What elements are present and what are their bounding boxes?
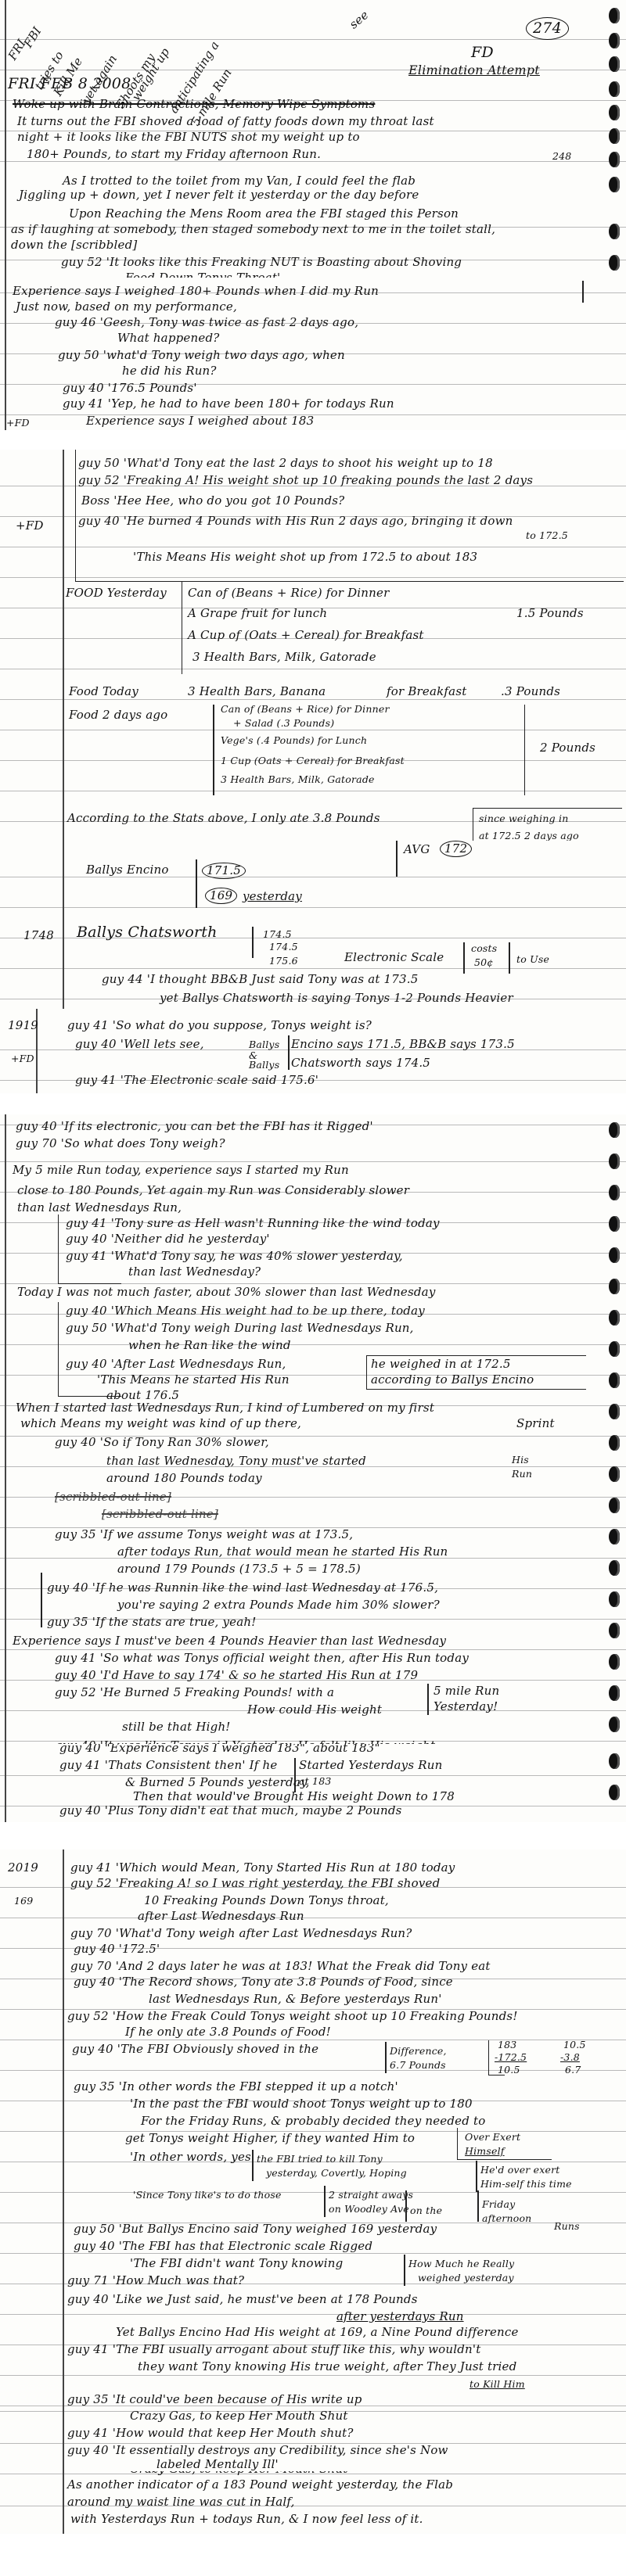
notebook-page-5-tail: guy 40 "Experience says I weighed 183", … — [0, 1744, 626, 1822]
spiral-ring — [609, 152, 620, 167]
dialogue-line: still be that High! — [122, 1720, 231, 1735]
over-exert: Over Exert — [465, 2129, 520, 2144]
dialogue-line: they want Tony knowing His true weight, … — [138, 2359, 516, 2374]
text-line: than last Wednesdays Run, — [17, 1200, 182, 1215]
food-total: 2 Pounds — [540, 741, 595, 755]
dialogue-line: guy 40 'The Record shows, Tony ate 3.8 P… — [74, 1975, 453, 1989]
dialogue-line: guy 40 'Plus Tony didn't eat that much, … — [59, 1803, 402, 1818]
dialogue-line: guy 41 'So what was Tonys official weigh… — [55, 1651, 469, 1666]
divider — [196, 859, 197, 908]
table-left: Ballys — [249, 1057, 279, 1072]
food-item: 3 Health Bars, Milk, Gatorade — [221, 772, 375, 787]
spiral-ring — [609, 1341, 620, 1357]
notebook-page-2: Experience says I weighed 180+ Pounds wh… — [0, 278, 626, 430]
on-the: on the — [410, 2203, 442, 2218]
dialogue-line: guy 41 'The Electronic scale said 175.6' — [75, 1073, 318, 1088]
spiral-ring — [609, 1404, 620, 1419]
dialogue-line: after yesterdays Run — [336, 2309, 464, 2324]
text-line: close to 180 Pounds, Yet again my Run wa… — [17, 1183, 409, 1198]
dialogue-line: guy 40 'Well lets see, — [75, 1037, 204, 1052]
costs: costs — [471, 941, 497, 956]
blank-area — [0, 2534, 626, 2576]
dialogue-line: 'This Means His weight shot up from 172.… — [133, 550, 477, 565]
encino-yesterday-label: yesterday — [243, 889, 302, 904]
food-item: A Grape fruit for lunch — [188, 606, 327, 621]
dialogue-line: 'Since Tony like's to do those — [133, 2187, 282, 2202]
dialogue-line: labeled Mentally Ill' — [156, 2457, 279, 2471]
dialogue-line: guy 71 'How Much was that? — [67, 2273, 244, 2288]
food-item: A Cup of (Oats + Cereal) for Breakfast — [188, 628, 424, 643]
see-note: see — [347, 8, 372, 32]
dialogue-line: get Tonys weight Higher, if they wanted … — [125, 2131, 415, 2146]
page-margin-line — [63, 2471, 64, 2534]
spiral-ring — [609, 1717, 620, 1732]
dialogue-line: If he only ate 3.8 Pounds of Food! — [125, 2025, 331, 2040]
dialogue-line: guy 40 'So if Tony Ran 30% slower, — [55, 1435, 269, 1450]
notebook-page-3-cont: AVG 172 Ballys Encino 171.5 169 yesterda… — [0, 841, 626, 1013]
dialogue-line: What happened? — [117, 331, 219, 346]
dialogue-line: guy 44 'I thought BB&B Just said Tony wa… — [102, 972, 418, 987]
dialogue-line: around 180 Pounds today — [106, 1471, 262, 1486]
friday: Friday — [482, 2197, 515, 2212]
page-number: 274 — [526, 17, 569, 40]
food-item: Vege's (.4 Pounds) for Lunch — [221, 733, 367, 748]
time-stamp: 1748 — [23, 928, 54, 943]
dialogue-line: guy 40 'If he was Runnin like the wind l… — [47, 1580, 438, 1595]
spiral-ring — [609, 1122, 620, 1138]
dialogue-line: guy 50 'What'd Tony eat the last 2 days … — [78, 456, 493, 471]
divider — [463, 942, 465, 974]
page-margin-line — [5, 205, 6, 222]
how-much: weighed yesterday — [418, 2270, 514, 2285]
dialogue-line: Crazy Gas, to keep Her Mouth Shut — [130, 2409, 348, 2424]
page1-top: FRI FBI tries to Kill Me yet again Shoot… — [0, 0, 626, 170]
dialogue-line: guy 46 'Geesh, Tony was twice as fast 2 … — [55, 315, 358, 330]
scale-entry: Ballys Chatsworth — [77, 925, 218, 940]
text-line: night + it looks like the FBI NUTS shot … — [17, 130, 360, 145]
text-line: 180+ Pounds, to start my Friday afternoo… — [27, 147, 321, 162]
text-line: Experience says I must've been 4 Pounds … — [13, 1634, 446, 1649]
over-exert: Himself — [465, 2144, 505, 2158]
dialogue-line: you're saying 2 extra Pounds Made him 30… — [117, 1598, 440, 1613]
spiral-ring — [609, 1435, 620, 1451]
margin-note: +FD — [6, 415, 30, 430]
dialogue-line: Yet Ballys Encino Had His weight at 169,… — [116, 2325, 519, 2340]
spiral-ring — [609, 224, 620, 239]
table-right: Chatsworth says 174.5 — [291, 1056, 430, 1071]
dialogue-line: guy 41 'How would that keep Her Mouth sh… — [67, 2426, 354, 2441]
spiral-ring — [609, 177, 620, 192]
divider — [405, 2190, 407, 2222]
avg-label: AVG — [404, 842, 430, 857]
food-label: FOOD Yesterday — [66, 586, 167, 601]
encino-today: 171.5 — [202, 863, 246, 879]
stats-line: According to the Stats above, I only ate… — [67, 811, 380, 826]
dialogue-line: around 179 Pounds (173.5 + 5 = 178.5) — [117, 1562, 361, 1577]
dialogue-line: guy 40 'I'd Have to say 174' & so he sta… — [55, 1668, 418, 1683]
text-line: My 5 mile Run today, experience says I s… — [13, 1163, 349, 1178]
text-line: Upon Reaching the Mens Room area the FBI… — [69, 206, 459, 221]
spiral-ring — [609, 1498, 620, 1513]
entry-date: FRI FEB 8 2008 — [8, 77, 131, 91]
divider — [288, 1035, 290, 1070]
text-line: down the [scribbled] — [11, 238, 138, 253]
notebook-page-4: 1919 +FD guy 41 'So what do you suppose,… — [0, 1009, 626, 1093]
right-tick — [582, 281, 584, 303]
dialogue-line: 'This Means he started His Run — [97, 1372, 290, 1387]
text-line: It turns out the FBI shoved a load of fa… — [17, 114, 434, 129]
dialogue-line: Crazy Gas, to keep Her Mouth Shut — [130, 2471, 348, 2477]
time-stamp: 2019 — [8, 1860, 38, 1875]
dialogue-line: when he Ran like the wind — [128, 1338, 291, 1353]
divider — [427, 1684, 429, 1715]
text-line: Today I was not much faster, about 30% s… — [17, 1285, 436, 1300]
dialogue-line: How could His weight — [247, 1702, 382, 1717]
heading-title: Elimination Attempt — [408, 63, 540, 77]
dialogue-line: guy 40 "Experience says I weighed 183", … — [59, 1744, 380, 1756]
right-margin-number: 248 — [552, 149, 571, 163]
straightaways: 2 straight aways — [329, 2187, 413, 2202]
dialogue-line: guy 50 'What'd Tony weigh During last We… — [66, 1321, 414, 1336]
spiral-ring — [609, 255, 620, 271]
difference: Difference, — [390, 2043, 447, 2058]
divider — [385, 2042, 387, 2073]
dialogue-line: guy 40 'Which Means His weight had to be… — [66, 1304, 425, 1318]
text-line: As I trotted to the toilet from my Van, … — [63, 174, 416, 188]
dialogue-line: guy 41 'So what do you suppose, Tonys we… — [67, 1018, 372, 1033]
food-total: 1.5 Pounds — [516, 606, 584, 621]
dialogue-line: 'The FBI didn't want Tony knowing — [130, 2256, 343, 2271]
text-line: Jiggling up + down, yet I never felt it … — [19, 188, 419, 203]
dialogue-line: guy 41 'The FBI usually arrogant about s… — [67, 2342, 480, 2357]
spiral-ring — [609, 1185, 620, 1200]
dialogue-line: to Kill Him — [469, 2377, 525, 2391]
tried-kill: yesterday, Covertly, Hoping — [266, 2165, 407, 2180]
dialogue-line: guy 35 'It could've been because of His … — [67, 2392, 362, 2407]
food-item: 3 Health Bars, Milk, Gatorade — [192, 650, 376, 665]
dialogue-line: guy 50 'But Ballys Encino said Tony weig… — [74, 2222, 437, 2237]
dialogue-line: he did his Run? — [122, 364, 217, 379]
dialogue-line: guy 52 'It looks like this Freaking NUT … — [61, 255, 462, 270]
divider — [477, 2190, 479, 2222]
dialogue-line: 'In the past the FBI would shoot Tonys w… — [130, 2097, 473, 2111]
dialogue-line: guy 50 'what'd Tony weigh two days ago, … — [58, 348, 345, 363]
dialogue-line: guy 40 'Neither did he yesterday' — [66, 1232, 270, 1247]
dialogue-line: guy 41 'Yep, he had to have been 180+ fo… — [63, 396, 394, 411]
spiral-ring — [609, 1623, 620, 1638]
spiral-ring — [609, 1466, 620, 1482]
dialogue-line: As another indicator of a 183 Pound weig… — [67, 2477, 453, 2492]
spiral-ring — [609, 105, 620, 120]
chatsworth-reading: 175.6 — [269, 953, 298, 968]
spiral-ring — [609, 1654, 620, 1670]
text-line: as if laughing at somebody, then staged … — [11, 222, 495, 237]
dialogue-line: For the Friday Runs, & probably decided … — [141, 2114, 485, 2129]
spiral-ring — [609, 1685, 620, 1701]
started-yesterday: Started Yesterdays Run — [299, 1758, 442, 1773]
left-number: 169 — [14, 1893, 33, 1908]
page-margin-line — [5, 0, 6, 170]
divider — [396, 841, 398, 877]
spiral-ring — [609, 1153, 620, 1169]
table-right: Encino says 171.5, BB&B says 173.5 — [291, 1037, 515, 1052]
divider — [509, 942, 510, 974]
food-item: Can of (Beans + Rice) for Dinner — [188, 586, 389, 601]
encino-yesterday: 169 — [205, 888, 237, 904]
dialogue-line: around my waist line was cut in Half, — [67, 2495, 295, 2510]
dialogue-line: guy 70 'What'd Tony weigh after Last Wed… — [70, 1926, 412, 1941]
dialogue-line: last Wednesdays Run, & Before yesterdays… — [149, 1992, 442, 2007]
dialogue-line: guy 40 'The FBI Obviously shoved in the — [72, 2042, 318, 2057]
text-line: which Means my weight was kind of up the… — [20, 1416, 301, 1431]
dialogue-line: guy 41 'Which would Mean, Tony Started H… — [70, 1860, 455, 1875]
page-margin-line — [5, 1114, 6, 1822]
dialogue-line: guy 40 'Like we Just said, he must've be… — [67, 2292, 418, 2307]
spiral-ring — [609, 1279, 620, 1294]
his-run: Run — [512, 1466, 532, 1481]
dialogue-line: after Last Wednesdays Run — [138, 1909, 304, 1924]
page-margin-line — [5, 1744, 6, 1822]
spiral-ring — [609, 81, 620, 97]
to-use: to Use — [516, 952, 549, 967]
margin-note: +FD — [11, 1051, 34, 1066]
dialogue-line: Then that would've Brought His weight Do… — [133, 1789, 455, 1804]
dialogue-line: guy 40 'The FBI has that Electronic scal… — [74, 2239, 372, 2254]
dialogue-line: Experience says I weighed about 183 — [86, 414, 314, 429]
spiral-ring — [609, 128, 620, 144]
dialogue-line: after todays Run, that would mean he sta… — [117, 1545, 448, 1559]
spiral-ring — [609, 1216, 620, 1232]
heading-fd: FD — [471, 45, 494, 60]
dialogue-line: guy 40 'After Last Wednesdays Run, — [66, 1357, 286, 1372]
divider — [252, 2150, 254, 2181]
dialogue-line: guy 52 'He Burned 5 Freaking Pounds! wit… — [55, 1685, 334, 1700]
difference: 6.7 Pounds — [390, 2058, 446, 2072]
page-margin-line — [5, 278, 6, 430]
spiral-ring — [609, 1372, 620, 1388]
divider — [476, 2161, 477, 2192]
food-label: Food Today — [69, 684, 139, 699]
dialogue-line: yet Ballys Chatsworth is saying Tonys 1-… — [160, 991, 513, 1006]
costs: 50¢ — [474, 955, 493, 970]
dialogue-line: guy 41 'What'd Tony say, he was 40% slow… — [66, 1249, 403, 1264]
food-item: for Breakfast — [387, 684, 466, 699]
chatsworth-reading: 174.5 — [269, 939, 298, 954]
food-item: 3 Health Bars, Banana — [188, 684, 326, 699]
weighed-line: he weighed in at 172.5 — [371, 1357, 511, 1372]
his-run: His — [512, 1452, 529, 1467]
scale-entry: Ballys Encino — [86, 863, 169, 877]
hed-over: Him-self this time — [480, 2176, 572, 2191]
math-value: 6.7 — [565, 2062, 581, 2077]
page-margin-line — [63, 2409, 64, 2471]
struck-line: [scribbled-out line] — [102, 1507, 218, 1522]
food-label: Food 2 days ago — [69, 708, 167, 723]
time-stamp: 1919 — [8, 1018, 38, 1033]
notebook-page-5: guy 40 'If its electronic, you can bet t… — [0, 1114, 626, 1822]
divider — [324, 2186, 326, 2217]
food-total: .3 Pounds — [501, 684, 560, 699]
dialogue-line: & Burned 5 Pounds yesterday, — [125, 1775, 310, 1790]
dialogue-line: guy 52 'How the Freak Could Tonys weight… — [67, 2009, 518, 2024]
dialogue-line: guy 35 'In other words the FBI stepped i… — [74, 2079, 398, 2094]
page1-mens-room: Upon Reaching the Mens Room area the FBI… — [0, 205, 626, 222]
dialogue-line: than last Wednesday, Tony must've starte… — [106, 1454, 366, 1469]
food-item: 1 Cup (Oats + Cereal) for Breakfast — [221, 753, 405, 768]
math-value: 10.5 — [498, 2062, 520, 2077]
avg-yesterday-value: 172 — [440, 841, 472, 857]
text-line: Just now, based on my performance, — [16, 300, 237, 314]
divider — [404, 2255, 405, 2286]
spiral-ring — [609, 1753, 620, 1769]
tried-kill: the FBI tried to kill Tony — [257, 2151, 383, 2166]
dialogue-line: Boss 'Hee Hee, who do you got 10 Pounds? — [81, 493, 344, 508]
dialogue-line: guy 52 'Freaking A! His weight shot up 1… — [78, 473, 533, 488]
dialogue-line: guy 40 'It essentially destroys any Cred… — [67, 2443, 448, 2458]
friday: afternoon — [482, 2211, 531, 2226]
electronic-scale-label: Electronic Scale — [344, 950, 444, 965]
spiral-ring — [609, 8, 620, 23]
text-line: When I started last Wednesdays Run, I ki… — [16, 1401, 434, 1415]
dialogue-line: guy 40 'If its electronic, you can bet t… — [16, 1119, 373, 1134]
struck-line: Woke up with Brain Contractions, Memory … — [13, 97, 375, 112]
notebook-page-6-tail: Crazy Gas, to keep Her Mouth Shut As ano… — [0, 2471, 626, 2534]
text-line: Experience says I weighed 180+ Pounds wh… — [13, 284, 379, 299]
dialogue-line: 'In other words, yes — [130, 2150, 251, 2165]
dialogue-line: guy 40 '172.5' — [74, 1942, 160, 1957]
dialogue-line: guy 35 'If the stats are true, yeah! — [47, 1615, 256, 1630]
straightaways: on Woodley Ave — [329, 2201, 409, 2216]
dialogue-line: 10 Freaking Pounds Down Tonys throat, — [144, 1893, 389, 1908]
divider — [41, 1573, 42, 1627]
dialogue-line: guy 40 'He burned 4 Pounds with His Run … — [78, 514, 513, 529]
spiral-ring — [609, 1310, 620, 1326]
dialogue-line: guy 41 'Tony sure as Hell wasn't Running… — [66, 1216, 440, 1231]
spiral-ring — [609, 1560, 620, 1576]
struck-line: [scribbled-out line] — [55, 1490, 171, 1505]
five-mile: Yesterday! — [434, 1699, 498, 1714]
dialogue-line: guy 40 '176.5 Pounds' — [63, 381, 197, 396]
weighed-line: according to Ballys Encino — [371, 1372, 534, 1387]
sprint-note: Sprint — [516, 1416, 555, 1431]
dialogue-line: with Yesterdays Run + todays Run, & I no… — [70, 2512, 423, 2527]
dialogue-line: to 172.5 — [526, 528, 568, 543]
dialogue-line: guy 70 'And 2 days later he was at 183! … — [70, 1959, 491, 1974]
friday: Runs — [554, 2219, 580, 2233]
spiral-ring — [609, 1785, 620, 1800]
stats-side: since weighing in — [479, 811, 568, 826]
dialogue-line: than last Wednesday? — [128, 1265, 261, 1279]
notebook-page-6-mid: Crazy Gas, to keep Her Mouth Shut guy 41… — [0, 2409, 626, 2471]
spiral-ring — [609, 1247, 620, 1263]
page-margin-line — [63, 841, 64, 1013]
margin-note: +FD — [16, 518, 44, 533]
food-item: Can of (Beans + Rice) for Dinner — [221, 701, 390, 716]
spiral-ring — [609, 1591, 620, 1607]
how-much: How Much he Really — [408, 2256, 514, 2271]
divider — [252, 927, 254, 958]
five-mile: 5 mile Run — [434, 1684, 499, 1699]
dialogue-line: guy 52 'Freaking A! so I was right yeste… — [70, 1876, 440, 1891]
dialogue-line: guy 35 'If we assume Tonys weight was at… — [55, 1527, 353, 1542]
spiral-ring — [609, 56, 620, 72]
dialogue-line: guy 41 'Thats Consistent then' If he — [59, 1758, 277, 1773]
dialogue-line: guy 70 'So what does Tony weigh? — [16, 1136, 225, 1151]
spiral-ring — [609, 1529, 620, 1545]
spiral-ring — [609, 33, 620, 48]
hed-over: He'd over exert — [480, 2162, 560, 2177]
food-item: + Salad (.3 Pounds) — [233, 716, 334, 730]
